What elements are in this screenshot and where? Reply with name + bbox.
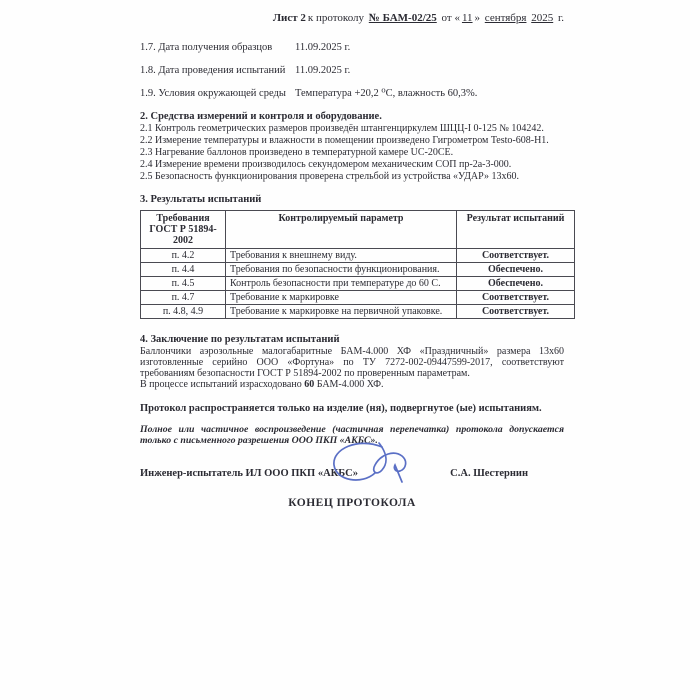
table-row: п. 4.5 Контроль безопасности при темпера…	[141, 277, 575, 291]
section-conclusion: 4. Заключение по результатам испытаний Б…	[140, 333, 564, 391]
date-year: 2025	[531, 12, 553, 24]
info-value: Температура +20,2 ⁰С, влажность 60,3%.	[295, 87, 564, 100]
clause-cell: п. 4.7	[141, 291, 226, 305]
result-cell: Соответствует.	[457, 249, 575, 263]
section2-item: 2.1 Контроль геометрических размеров про…	[140, 123, 564, 135]
info-label: 1.8. Дата проведения испытаний	[140, 64, 295, 77]
clause-cell: п. 4.8, 4.9	[141, 305, 226, 319]
table-row: п. 4.2 Требования к внешнему виду. Соотв…	[141, 249, 575, 263]
scope-note: Протокол распространяется только на изде…	[140, 403, 564, 415]
clause-cell: п. 4.4	[141, 263, 226, 277]
parameter-cell: Требование к маркировке	[226, 291, 457, 305]
date-prefix: от «	[442, 12, 460, 24]
result-cell: Соответствует.	[457, 305, 575, 319]
table-row: п. 4.7 Требование к маркировке Соответст…	[141, 291, 575, 305]
section2-item: 2.3 Нагревание баллонов произведено в те…	[140, 147, 564, 159]
info-row-ambient-conditions: 1.9. Условия окружающей среды Температур…	[140, 87, 564, 100]
section3-title: 3. Результаты испытаний	[140, 193, 564, 206]
table-row: п. 4.4 Требования по безопасности функци…	[141, 263, 575, 277]
header-cell-parameter: Контролируемый параметр	[226, 211, 457, 249]
info-items: 1.7. Дата получения образцов 11.09.2025 …	[140, 41, 564, 100]
result-cell: Обеспечено.	[457, 263, 575, 277]
consumed-prefix: В процессе испытаний израсходовано	[140, 379, 302, 390]
info-value: 11.09.2025 г.	[295, 41, 564, 54]
section2-title: 2. Средства измерений и контроля и обору…	[140, 110, 564, 123]
date-close-quote: »	[475, 12, 481, 24]
protocol-number: № БАМ-02/25	[369, 12, 437, 24]
consumed-suffix: БАМ-4.000 ХФ.	[317, 379, 384, 390]
date-month: сентября	[485, 12, 527, 24]
info-value: 11.09.2025 г.	[295, 64, 564, 77]
page-content: Лист 2к протоколу № БАМ-02/25 от «11» се…	[140, 0, 564, 509]
clause-cell: п. 4.2	[141, 249, 226, 263]
end-of-protocol-label: КОНЕЦ ПРОТОКОЛА	[140, 497, 564, 509]
signer-name: С.А. Шестернин	[450, 468, 528, 479]
section-measuring-instruments: 2. Средства измерений и контроля и обору…	[140, 110, 564, 183]
parameter-cell: Требования к внешнему виду.	[226, 249, 457, 263]
conclusion-paragraph: Баллончики аэрозольные малогабаритные БА…	[140, 347, 564, 379]
table-row: п. 4.8, 4.9 Требование к маркировке на п…	[141, 305, 575, 319]
result-cell: Обеспечено.	[457, 277, 575, 291]
protocol-label: к протоколу	[308, 12, 364, 24]
results-table: Требования ГОСТ Р 51894-2002 Контролируе…	[140, 210, 575, 319]
consumed-count: 60	[304, 379, 314, 390]
section2-item: 2.5 Безопасность функционирования провер…	[140, 171, 564, 183]
info-row-samples-received: 1.7. Дата получения образцов 11.09.2025 …	[140, 41, 564, 54]
results-table-header: Требования ГОСТ Р 51894-2002 Контролируе…	[141, 211, 575, 249]
section4-title: 4. Заключение по результатам испытаний	[140, 333, 564, 346]
parameter-cell: Контроль безопасности при температуре до…	[226, 277, 457, 291]
section2-item: 2.2 Измерение температуры и влажности в …	[140, 135, 564, 147]
section-test-results: 3. Результаты испытаний Требования ГОСТ …	[140, 193, 564, 319]
header-cell-requirements: Требования ГОСТ Р 51894-2002	[141, 211, 226, 249]
header-cell-result: Результат испытаний	[457, 211, 575, 249]
page-header: Лист 2к протоколу № БАМ-02/25 от «11» се…	[140, 0, 564, 24]
info-label: 1.7. Дата получения образцов	[140, 41, 295, 54]
info-label: 1.9. Условия окружающей среды	[140, 87, 295, 100]
sheet-label: Лист 2	[273, 12, 306, 24]
signature-ink-image	[322, 438, 418, 490]
signature-row: Инженер-испытатель ИЛ ООО ПКП «АКБС» С.А…	[140, 468, 564, 479]
scanned-protocol-page: Лист 2к протоколу № БАМ-02/25 от «11» се…	[0, 0, 700, 700]
parameter-cell: Требования по безопасности функционирова…	[226, 263, 457, 277]
date-day: 11	[462, 12, 473, 24]
info-row-test-date: 1.8. Дата проведения испытаний 11.09.202…	[140, 64, 564, 77]
clause-cell: п. 4.5	[141, 277, 226, 291]
consumed-line: В процессе испытаний израсходовано 60 БА…	[140, 380, 564, 391]
section2-item: 2.4 Измерение времени производилось секу…	[140, 159, 564, 171]
date-suffix: г.	[558, 12, 564, 24]
result-cell: Соответствует.	[457, 291, 575, 305]
parameter-cell: Требование к маркировке на первичной упа…	[226, 305, 457, 319]
